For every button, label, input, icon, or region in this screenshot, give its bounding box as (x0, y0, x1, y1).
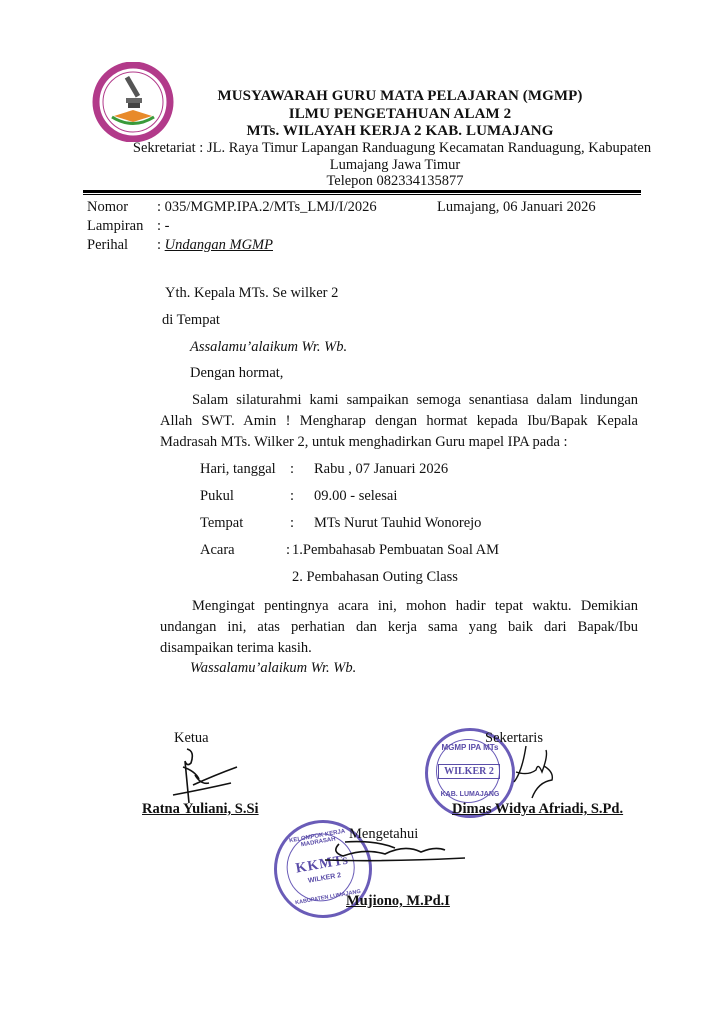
letterhead-phone: Telepon 082334135877 (95, 173, 695, 190)
event-colon: : (290, 461, 314, 478)
paragraph-closing: Mengingat pentingnya acara ini, mohon ha… (160, 596, 638, 659)
stamp1-bottom-text: KAB. LUMAJANG (428, 791, 512, 798)
letterhead-divider-thin (83, 194, 641, 195)
event-row-time: Pukul:09.00 - selesai (200, 488, 397, 505)
event-label: Tempat (200, 515, 290, 532)
event-label: Pukul (200, 488, 290, 505)
event-colon: : (290, 488, 314, 505)
letterhead-line3: MTs. WILAYAH KERJA 2 KAB. LUMAJANG (80, 123, 720, 140)
nomor-label: Nomor (87, 199, 157, 216)
stamp1-center-text: WILKER 2 (438, 764, 500, 779)
salutation: Dengan hormat, (190, 365, 283, 382)
mengetahui-signature-icon (325, 838, 465, 873)
event-value: MTs Nurut Tauhid Wonorejo (314, 515, 481, 531)
letterhead-line2: ILMU PENGETAHUAN ALAM 2 (80, 106, 720, 123)
letterhead-divider (83, 190, 641, 193)
lampiran-label: Lampiran (87, 218, 157, 235)
letter-date: Lumajang, 06 Januari 2026 (437, 199, 596, 216)
perihal-label: Perihal (87, 237, 157, 254)
recipient-line2: di Tempat (162, 312, 220, 329)
mengetahui-name: Mujiono, M.Pd.I (346, 893, 450, 910)
meta-lampiran: Lampiran: - (87, 218, 169, 235)
letterhead-line1: MUSYAWARAH GURU MATA PELAJARAN (MGMP) (80, 88, 720, 105)
event-colon: : (290, 515, 314, 532)
ketua-name: Ratna Yuliani, S.Si (142, 801, 259, 818)
event-label: Hari, tanggal (200, 461, 290, 478)
perihal-value: Undangan MGMP (165, 237, 273, 253)
event-row-agenda: Acara:1.Pembahasab Pembuatan Soal AM (200, 542, 499, 559)
letterhead-address-city: Lumajang Jawa Timur (95, 157, 695, 174)
event-value: Rabu , 07 Januari 2026 (314, 461, 448, 477)
recipient-line1: Yth. Kepala MTs. Se wilker 2 (165, 285, 338, 302)
event-value: 1.Pembahasab Pembuatan Soal AM (292, 542, 499, 558)
perihal-colon: : (157, 237, 165, 253)
meta-nomor: Nomor: 035/MGMP.IPA.2/MTs_LMJ/I/2026 (87, 199, 377, 216)
event-row-place: Tempat:MTs Nurut Tauhid Wonorejo (200, 515, 481, 532)
event-value: 09.00 - selesai (314, 488, 397, 504)
event-colon: : (286, 542, 290, 558)
meta-perihal: Perihal: Undangan MGMP (87, 237, 273, 254)
nomor-value: : 035/MGMP.IPA.2/MTs_LMJ/I/2026 (157, 199, 377, 215)
paragraph-opening: Salam silaturahmi kami sampaikan semoga … (160, 390, 638, 453)
lampiran-value: : - (157, 218, 169, 234)
greeting: Assalamu’alaikum Wr. Wb. (190, 339, 347, 356)
event-label: Acara (200, 542, 286, 559)
closing-greeting: Wassalamu’alaikum Wr. Wb. (190, 660, 356, 677)
letterhead-address: Sekretariat : JL. Raya Timur Lapangan Ra… (62, 140, 722, 157)
agenda-item-2: 2. Pembahasan Outing Class (292, 569, 458, 586)
sekretaris-name: Dimas Widya Afriadi, S.Pd. (452, 801, 623, 818)
sekretaris-signature-icon (508, 742, 568, 807)
event-row-date: Hari, tanggal:Rabu , 07 Januari 2026 (200, 461, 448, 478)
